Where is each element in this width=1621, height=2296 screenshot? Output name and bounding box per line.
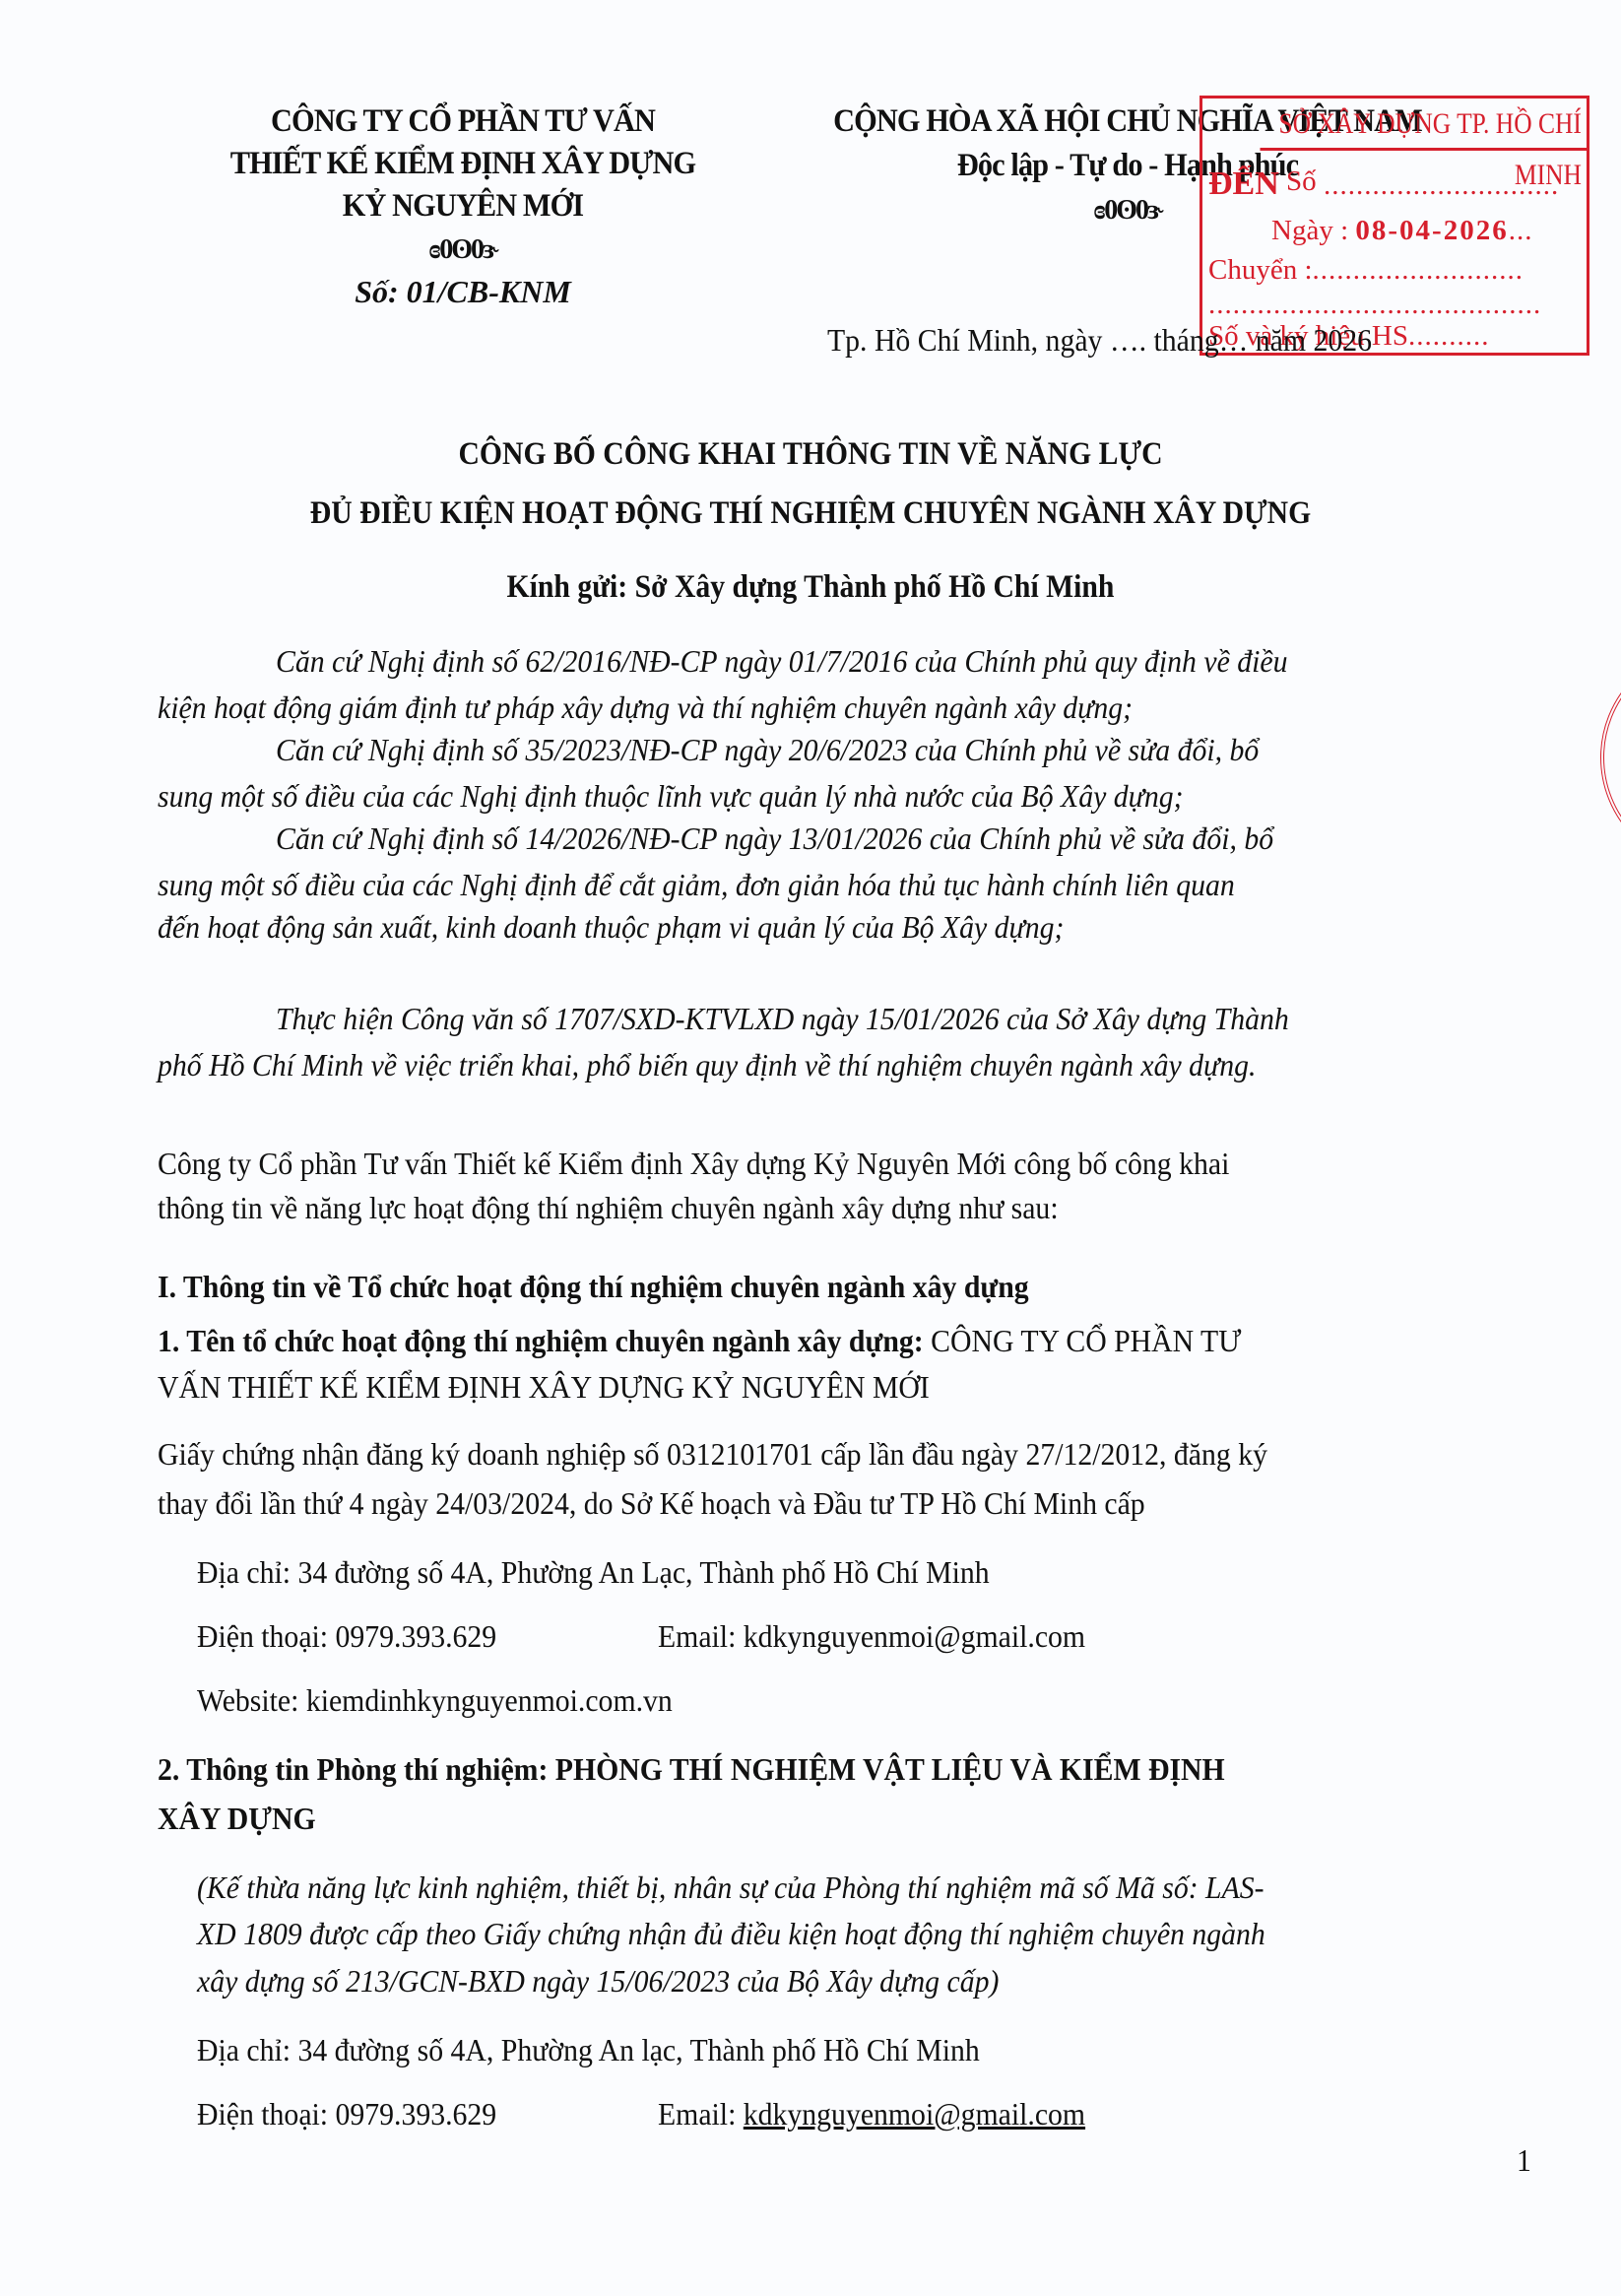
stamp-transfer-label: Chuyển : [1208,254,1313,286]
company-name-line2: THIẾT KẾ KIỂM ĐỊNH XÂY DỰNG [200,146,726,182]
lab-phone: Điện thoại: 0979.393.629 [197,2096,496,2132]
stamp-so-row: ĐẾN Số ............................. [1208,165,1581,203]
lab-info-line1: 2. Thông tin Phòng thí nghiệm: PHÒNG THÍ… [158,1751,1225,1788]
company-name-line1: CÔNG TY CỔ PHẦN TƯ VẤN [200,103,726,140]
lab-info-value: PHÒNG THÍ NGHIỆM VẬT LIỆU VÀ KIỂM ĐỊNH [555,1751,1225,1787]
intro-line1: Công ty Cổ phần Tư vấn Thiết kế Kiểm địn… [158,1146,1229,1182]
document-title-line2: ĐỦ ĐIỀU KIỆN HOẠT ĐỘNG THÍ NGHIỆM CHUYÊN… [81,495,1539,532]
org-name-line1: 1. Tên tổ chức hoạt động thí nghiệm chuy… [158,1323,1241,1359]
lab-address: Địa chỉ: 34 đường số 4A, Phường An lạc, … [197,2032,980,2068]
basis-3-line2: sung một số điều của các Nghị định để cắ… [158,867,1235,903]
lab-note-line3: xây dựng số 213/GCN-BXD ngày 15/06/2023 … [197,1963,999,2000]
ornament-left: ɞ0ʘ0ɝ [177,234,748,266]
org-name-value: CÔNG TY CỔ PHẦN TƯ [931,1323,1241,1358]
basis-2-line2: sung một số điều của các Nghị định thuộc… [158,778,1184,815]
basis-2-line1: Căn cứ Nghị định số 35/2023/NĐ-CP ngày 2… [276,732,1259,768]
lab-info-line2: XÂY DỰNG [158,1801,316,1837]
lab-note-line2: XD 1809 được cấp theo Giấy chứng nhận đủ… [197,1916,1265,1952]
lab-info-label: 2. Thông tin Phòng thí nghiệm: [158,1751,548,1787]
basis-1-line1: Căn cứ Nghị định số 62/2016/NĐ-CP ngày 0… [276,643,1287,680]
org-email: Email: kdkynguyenmoi@gmail.com [658,1618,1085,1655]
stamp-organization: SỞ XÂY DỰNG TP. HỒ CHÍ MINH [1261,98,1588,151]
basis-4-line2: phố Hồ Chí Minh về việc triển khai, phổ … [158,1047,1256,1083]
lab-email-label: Email: [658,2096,744,2132]
stamp-so-label: Số [1286,165,1317,197]
stamp-den: ĐẾN [1208,165,1279,202]
company-name-line3: KỶ NGUYÊN MỚI [200,188,726,225]
org-name-line2: VẤN THIẾT KẾ KIỂM ĐỊNH XÂY DỰNG KỶ NGUYÊ… [158,1369,930,1406]
org-website: Website: kiemdinhkynguyenmoi.com.vn [197,1682,673,1719]
org-phone: Điện thoại: 0979.393.629 [197,1618,496,1655]
received-stamp: SỞ XÂY DỰNG TP. HỒ CHÍ MINH ĐẾN Số .....… [1200,96,1589,356]
lab-email: Email: kdkynguyenmoi@gmail.com [658,2096,1085,2132]
document-number: Số: 01/CB-KNM [177,274,748,310]
recipient: Kính gửi: Sở Xây dựng Thành phố Hồ Chí M… [81,569,1539,606]
lab-note-line1: (Kế thừa năng lực kinh nghiệm, thiết bị,… [197,1870,1264,1906]
stamp-date-row: Ngày : 08-04-2026... [1271,215,1581,247]
org-name-label: 1. Tên tổ chức hoạt động thí nghiệm chuy… [158,1323,924,1358]
basis-1-line2: kiện hoạt động giám định tư pháp xây dựn… [158,689,1133,726]
lab-email-link[interactable]: kdkynguyenmoi@gmail.com [744,2096,1085,2132]
stamp-date-value: 08-04-2026 [1355,215,1508,246]
org-address: Địa chỉ: 34 đường số 4A, Phường An Lạc, … [197,1554,990,1591]
basis-3-line1: Căn cứ Nghị định số 14/2026/NĐ-CP ngày 1… [276,820,1273,857]
section-1-heading: I. Thông tin về Tổ chức hoạt động thí ng… [158,1269,1029,1305]
page-number: 1 [1517,2142,1531,2179]
document-title-line1: CÔNG BỐ CÔNG KHAI THÔNG TIN VỀ NĂNG LỰC [81,436,1539,473]
basis-4-line1: Thực hiện Công văn số 1707/SXD-KTVLXD ng… [276,1001,1289,1037]
stamp-transfer-row: Chuyển :.......................... [1208,254,1581,287]
stamp-date-label: Ngày : [1271,215,1348,246]
place-date: Tp. Hồ Chí Minh, ngày …. tháng… năm 2026 [827,322,1372,359]
intro-line2: thông tin về năng lực hoạt động thí nghi… [158,1190,1059,1226]
business-license-line1: Giấy chứng nhận đăng ký doanh nghiệp số … [158,1436,1267,1473]
company-seal [1600,645,1621,870]
business-license-line2: thay đổi lần thứ 4 ngày 24/03/2024, do S… [158,1485,1145,1522]
basis-3-line3: đến hoạt động sản xuất, kinh doanh thuộc… [158,909,1064,946]
